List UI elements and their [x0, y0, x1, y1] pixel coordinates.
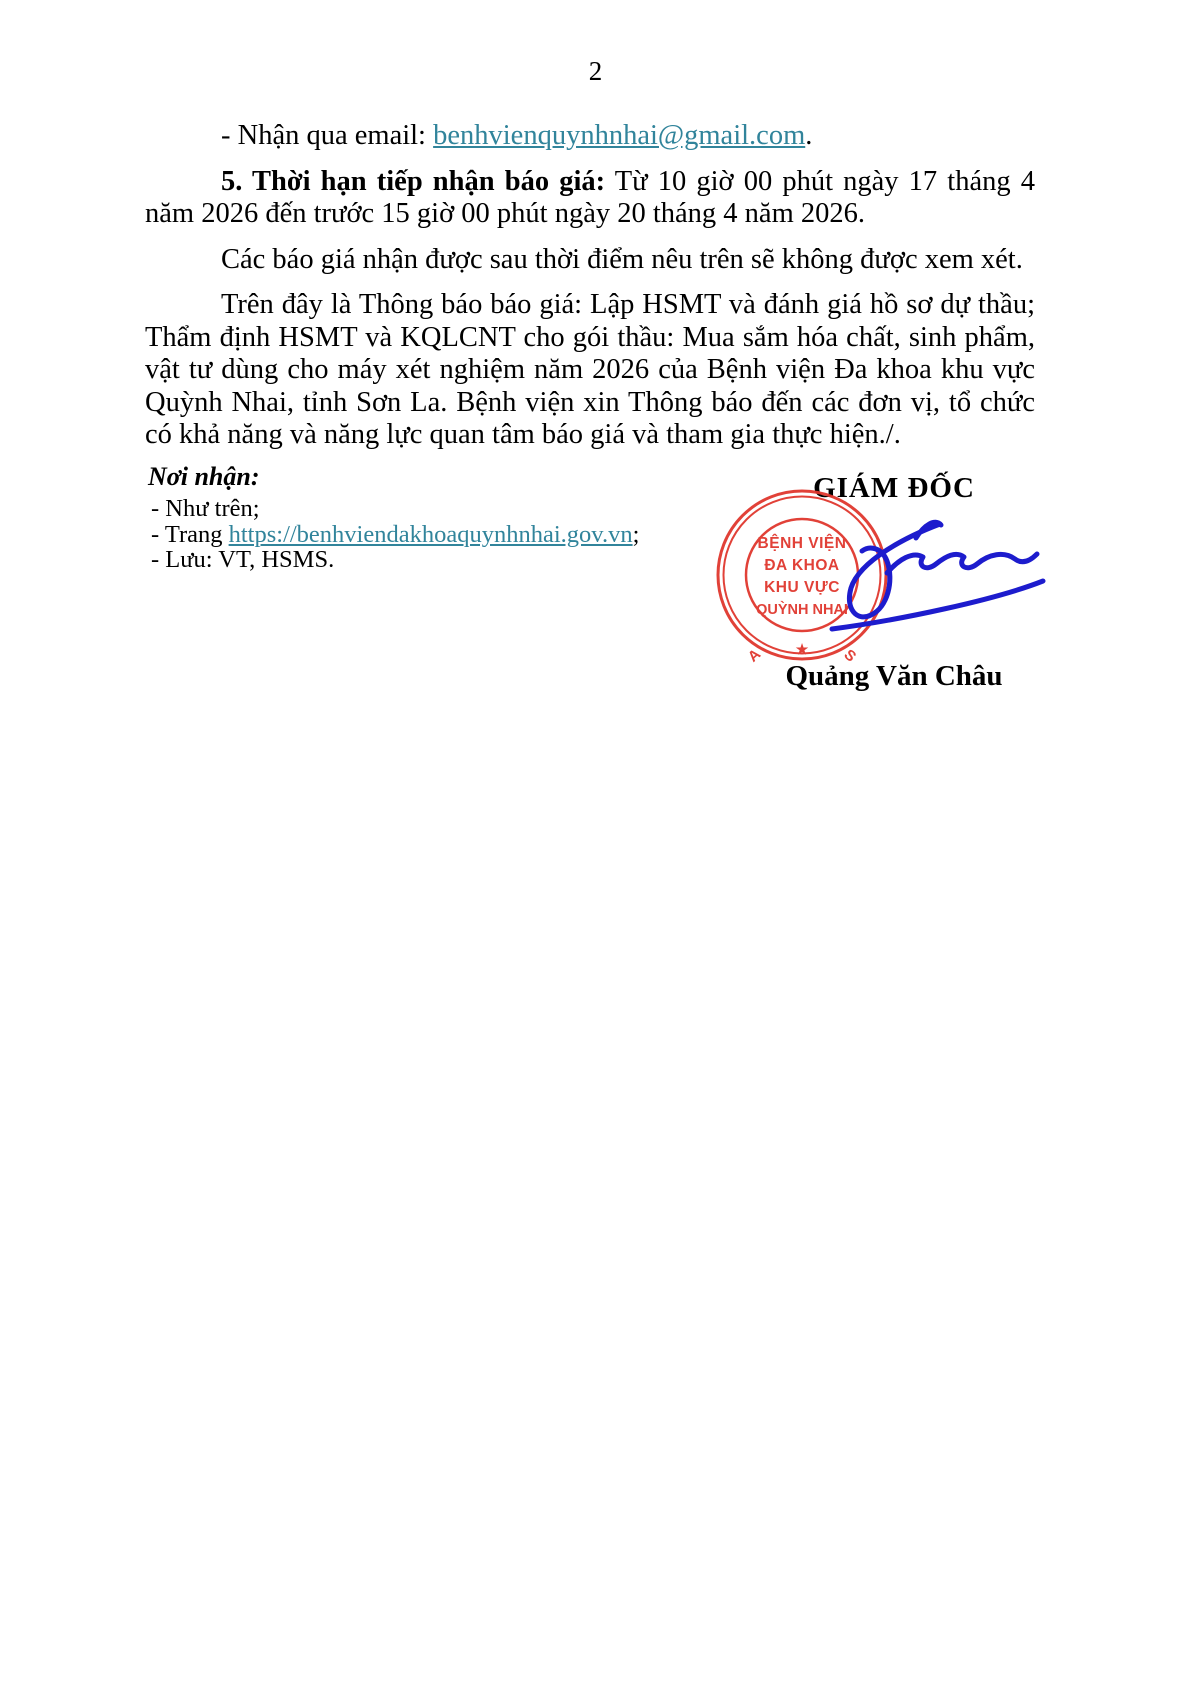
signature-stroke-squiggle — [887, 554, 1037, 573]
signature-ink — [815, 503, 1060, 643]
recipient-item-website: - Trang https://benhviendakhoaquynhnhai.… — [148, 522, 639, 548]
page-number: 2 — [0, 56, 1191, 86]
website-item-prefix: - Trang — [151, 521, 229, 548]
email-line-prefix: - Nhận qua email: — [221, 120, 433, 151]
deadline-label: 5. Thời hạn tiếp nhận báo giá: — [221, 166, 605, 197]
recipient-item-archive: - Lưu: VT, HSMS. — [148, 547, 639, 573]
document-page: 2 - Nhận qua email: benhvienquynhnhai@gm… — [0, 0, 1191, 1684]
stamp-star-icon: ★ — [796, 641, 809, 657]
recipient-item-as-above: - Như trên; — [148, 496, 639, 522]
signature-stroke-underline — [832, 581, 1043, 629]
paragraph-closing: Trên đây là Thông báo báo giá: Lập HSMT … — [145, 289, 1035, 452]
email-link[interactable]: benhvienquynhnhai@gmail.com — [433, 120, 805, 151]
signature-stroke-loop — [849, 524, 940, 617]
recipients-block: Nơi nhận: - Như trên; - Trang https://be… — [148, 462, 639, 573]
paragraph-note: Các báo giá nhận được sau thời điểm nêu … — [145, 244, 1035, 277]
email-line-suffix: . — [805, 120, 812, 151]
paragraph-deadline: 5. Thời hạn tiếp nhận báo giá: Từ 10 giờ… — [145, 166, 1035, 231]
website-item-suffix: ; — [633, 521, 640, 548]
document-body: - Nhận qua email: benhvienquynhnhai@gmai… — [145, 120, 1035, 452]
recipients-title: Nơi nhận: — [148, 462, 639, 492]
paragraph-email: - Nhận qua email: benhvienquynhnhai@gmai… — [145, 120, 1035, 153]
website-link[interactable]: https://benhviendakhoaquynhnhai.gov.vn — [229, 521, 633, 548]
